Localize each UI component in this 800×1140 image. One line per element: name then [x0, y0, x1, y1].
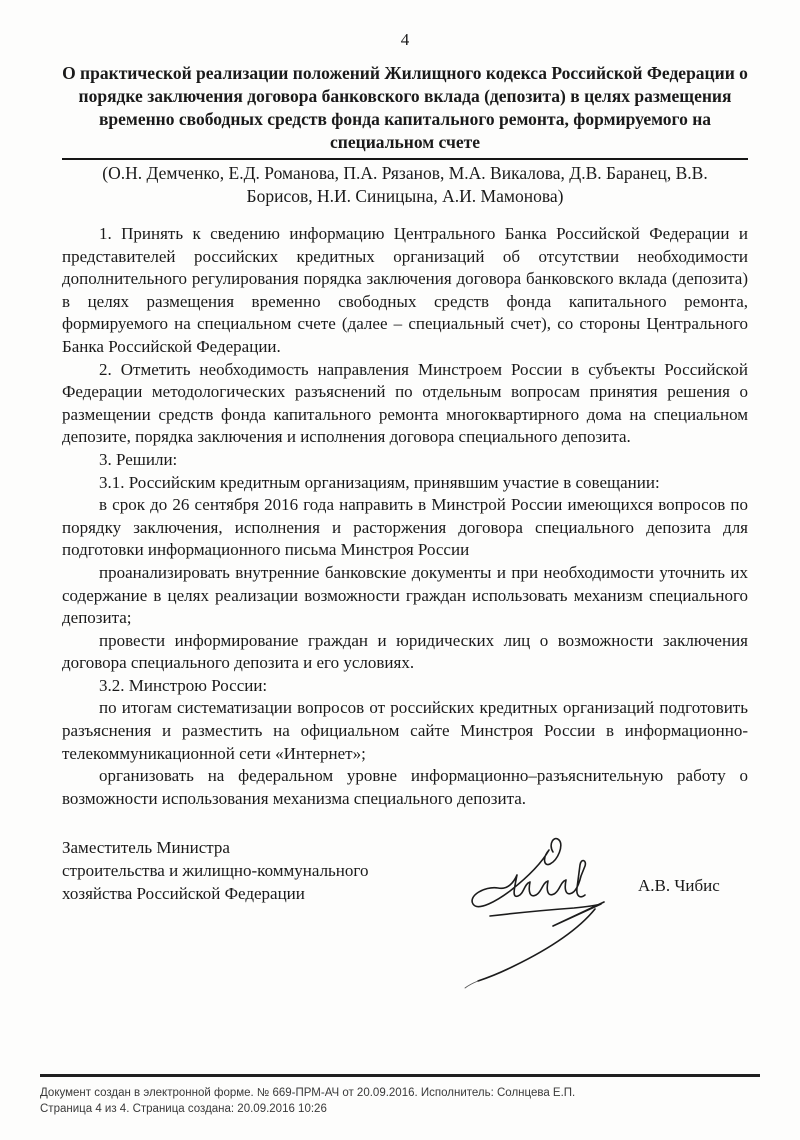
handwritten-signature-icon — [454, 830, 624, 995]
paragraph-3-2-item-2: организовать на федеральном уровне инфор… — [62, 765, 748, 810]
footer-page-info: Страница 4 из 4. Страница создана: 20.09… — [40, 1101, 760, 1117]
signer-position: Заместитель Министра строительства и жил… — [62, 836, 432, 905]
signature-block: Заместитель Министра строительства и жил… — [62, 836, 748, 1006]
document-page: 4 О практической реализации положений Жи… — [0, 0, 800, 1140]
paragraph-3-2: 3.2. Минстрою России: — [62, 675, 748, 698]
document-body: 1. Принять к сведению информацию Централ… — [62, 223, 748, 810]
paragraph-3-1: 3.1. Российским кредитным организациям, … — [62, 472, 748, 495]
signer-name: А.В. Чибис — [638, 876, 720, 896]
paragraph-3-1-item-2: проанализировать внутренние банковские д… — [62, 562, 748, 630]
paragraph-3-1-item-3: провести информирование граждан и юридич… — [62, 630, 748, 675]
signer-position-line: хозяйства Российской Федерации — [62, 882, 432, 905]
paragraph-3-resolved: 3. Решили: — [62, 449, 748, 472]
participants-list: (О.Н. Демченко, Е.Д. Романова, П.А. Ряза… — [62, 162, 748, 208]
paragraph-2: 2. Отметить необходимость направления Ми… — [62, 359, 748, 449]
document-title: О практической реализации положений Жили… — [62, 62, 748, 154]
title-underline — [62, 158, 748, 160]
paragraph-3-2-item-1: по итогам систематизации вопросов от рос… — [62, 697, 748, 765]
document-footer: Документ создан в электронной форме. № 6… — [40, 1074, 760, 1117]
paragraph-3-1-item-1: в срок до 26 сентября 2016 года направит… — [62, 494, 748, 562]
document-content: 4 О практической реализации положений Жи… — [62, 30, 748, 1006]
signer-position-line: строительства и жилищно-коммунального — [62, 859, 432, 882]
page-number: 4 — [62, 30, 748, 50]
footer-creation-info: Документ создан в электронной форме. № 6… — [40, 1085, 760, 1101]
signer-position-line: Заместитель Министра — [62, 836, 432, 859]
paragraph-1: 1. Принять к сведению информацию Централ… — [62, 223, 748, 359]
